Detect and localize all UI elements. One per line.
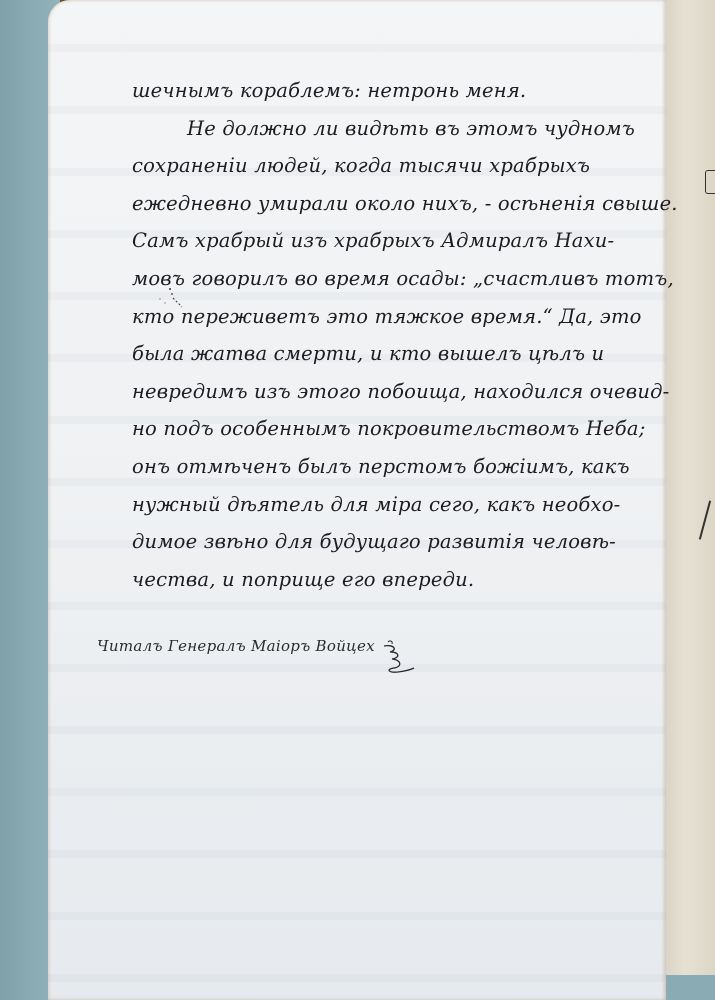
text-line: невредимъ изъ этого побоища, находился о… (132, 373, 662, 411)
text-line: была жатва смерти, и кто вышелъ цѣлъ и (132, 335, 662, 373)
text-line: шечнымъ кораблемъ: нетронь меня. (132, 72, 662, 110)
text-line: сохраненіи людей, когда тысячи храбрыхъ (132, 147, 662, 185)
manuscript-text: шечнымъ кораблемъ: нетронь меня. Не долж… (132, 72, 662, 598)
text-line: онъ отмѣченъ былъ перстомъ божіимъ, какъ (132, 448, 662, 486)
text-line: Самъ храбрый изъ храбрыхъ Адмиралъ Нахи- (132, 222, 662, 260)
text-line: ежедневно умирали около нихъ, - осѣненія… (132, 185, 662, 223)
text-line: мовъ говорилъ во время осады: „счастливъ… (132, 260, 662, 298)
adjacent-page-ink-mark (705, 170, 715, 194)
signature-flourish (380, 640, 416, 674)
text-line: чества, и поприще его впереди. (132, 561, 662, 599)
text-line: кто переживетъ это тяжкое время.“ Да, эт… (132, 298, 662, 336)
signature: Читалъ Генералъ Маіоръ Войцех (97, 637, 375, 655)
book-cover-corner (665, 975, 715, 1000)
text-line: но подъ особеннымъ покровительствомъ Неб… (132, 410, 662, 448)
text-line: нужный дѣятель для міра сего, какъ необх… (132, 486, 662, 524)
text-line: димое звѣно для будущаго развитія человѣ… (132, 523, 662, 561)
adjacent-page (665, 0, 715, 1000)
text-line: Не должно ли видѣть въ этомъ чудномъ (132, 110, 662, 148)
